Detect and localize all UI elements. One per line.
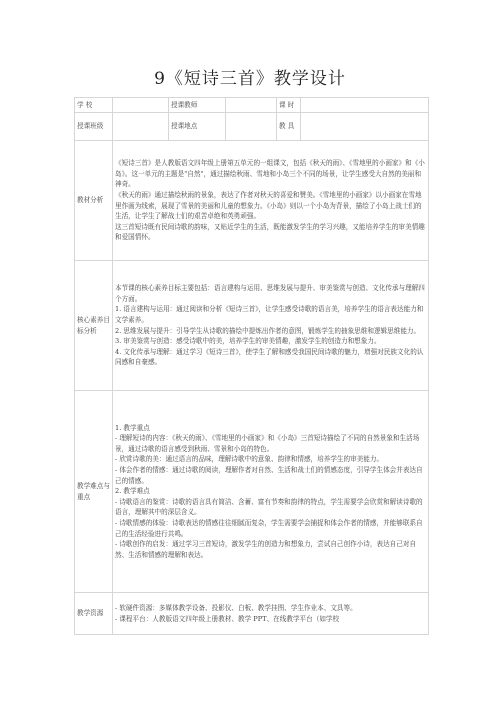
paragraph: 2. 思维发展与提升：引导学生从诗歌的描绘中提炼出作者的意图，锻炼学生的抽象思维…	[115, 326, 426, 337]
paragraph: - 软硬件资源：多媒体教学设备、投影仪、白板、教学挂图、学生作业本、文具等。	[115, 603, 426, 614]
school-value	[113, 98, 169, 113]
paragraph: - 欣赏诗歌的美：通过语言的品味，理解诗歌中的意象、韵律和情感，培养学生的审美能…	[115, 454, 426, 465]
paragraph: 2. 教学难点	[115, 486, 426, 497]
core-literacy-content: 本节课的核心素养目标主要包括：语言建构与运用、思维发展与提升、审美鉴赏与创造、文…	[113, 261, 429, 391]
tools-value	[301, 113, 429, 141]
paragraph: 3. 审美鉴赏与创造：感受诗歌中的美，培养学生的审美情趣，激发学生的创造力和想象…	[115, 336, 426, 347]
material-analysis-row: 教材分析 《短诗三首》是人教版语文四年级上册第五单元的一组课文，包括《秋天的雨》…	[75, 141, 429, 261]
page-title: 9《短诗三首》教学设计	[0, 64, 500, 89]
key-difficult-points-label: 教学难点与重点	[75, 391, 113, 593]
info-row-1: 学 校 授课教师 课 时	[75, 98, 429, 113]
class-label: 授课班级	[75, 113, 113, 141]
key-difficult-points-content: 1. 教学重点 - 理解短诗的内容：《秋天的雨》、《雪地里的小画家》和《小岛》三…	[113, 391, 429, 593]
core-literacy-row: 核心素养目标分析 本节课的核心素养目标主要包括：语言建构与运用、思维发展与提升、…	[75, 261, 429, 391]
teacher-label: 授课教师	[169, 98, 226, 113]
hours-label: 课 时	[277, 98, 301, 113]
key-difficult-points-row: 教学难点与重点 1. 教学重点 - 理解短诗的内容：《秋天的雨》、《雪地里的小画…	[75, 391, 429, 593]
paragraph: 1. 教学重点	[115, 423, 426, 434]
hours-value	[301, 98, 429, 113]
paragraph: - 诗歌情感的体验：诗歌表达的情感往往细腻而复杂，学生需要学会捕捉和体会作者的情…	[115, 518, 426, 539]
teaching-resources-content: - 软硬件资源：多媒体教学设备、投影仪、白板、教学挂图、学生作业本、文具等。 -…	[113, 593, 429, 635]
paragraph: - 体会作者的情感：通过诗歌的阅读，理解作者对自然、生活和战士们的情感态度，引导…	[115, 465, 426, 486]
material-analysis-label: 教材分析	[75, 141, 113, 261]
teacher-value	[226, 98, 277, 113]
paragraph: - 诗歌创作的启发：通过学习三首短诗，激发学生的创造力和想象力，尝试自己创作小诗…	[115, 539, 426, 560]
paragraph: 本节课的核心素养目标主要包括：语言建构与运用、思维发展与提升、审美鉴赏与创造、文…	[115, 283, 426, 304]
teaching-resources-label: 教学资源	[75, 593, 113, 635]
info-row-2: 授课班级 授课地点 教 具	[75, 113, 429, 141]
paragraph: 《秋天的雨》通过描绘秋雨的景象，表达了作者对秋天的喜爱和赞美。《雪地里的小画家》…	[115, 190, 426, 222]
tools-label: 教 具	[277, 113, 301, 141]
school-label: 学 校	[75, 98, 113, 113]
paragraph: 这三首短诗既有民间诗歌的韵味，又贴近学生的生活，既能激发学生的学习兴趣，又能培养…	[115, 222, 426, 243]
paragraph: - 理解短诗的内容：《秋天的雨》、《雪地里的小画家》和《小岛》三首短诗描绘了不同…	[115, 433, 426, 454]
teaching-resources-row: 教学资源 - 软硬件资源：多媒体教学设备、投影仪、白板、教学挂图、学生作业本、文…	[75, 593, 429, 635]
paragraph: 4. 文化传承与理解：通过学习《短诗三首》，使学生了解和感受我国民间诗歌的魅力，…	[115, 347, 426, 368]
lesson-plan-table: 学 校 授课教师 课 时 授课班级 授课地点 教 具 教材分析 《短诗三首》是人…	[74, 97, 429, 635]
paragraph: 1. 语言建构与运用：通过阅读和分析《短诗三首》，让学生感受诗歌的语言美，培养学…	[115, 304, 426, 325]
core-literacy-label: 核心素养目标分析	[75, 261, 113, 391]
paragraph: - 课程平台：人教版语文四年级上册教材、教学 PPT、在线教学平台（如学校	[115, 614, 426, 625]
location-value	[226, 113, 277, 141]
class-value	[113, 113, 169, 141]
location-label: 授课地点	[169, 113, 226, 141]
material-analysis-content: 《短诗三首》是人教版语文四年级上册第五单元的一组课文，包括《秋天的雨》、《雪地里…	[113, 141, 429, 261]
paragraph: 《短诗三首》是人教版语文四年级上册第五单元的一组课文，包括《秋天的雨》、《雪地里…	[115, 158, 426, 190]
paragraph: - 诗歌语言的鉴赏：诗歌的语言具有简洁、含蓄、富有节奏和韵律的特点，学生需要学会…	[115, 497, 426, 518]
